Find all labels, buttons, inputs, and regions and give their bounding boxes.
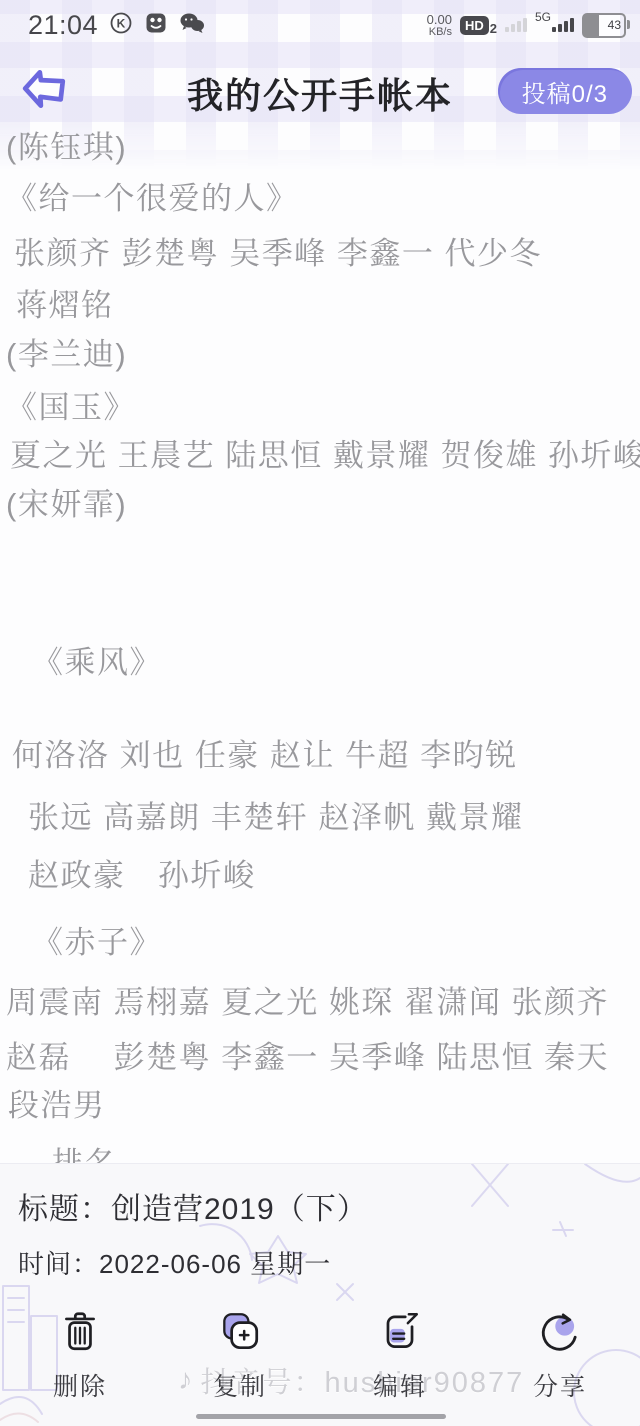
note-content[interactable]: (陈钰琪) 《给一个很爱的人》 张颜齐 彭楚粤 吴季峰 李鑫一 代少冬 蒋熠铭 … [0, 0, 640, 1163]
note-line: 段浩男 [8, 1088, 106, 1124]
action-label: 分享 [533, 1367, 587, 1403]
home-indicator[interactable] [196, 1414, 446, 1419]
note-line: (宋妍霏) [6, 487, 127, 523]
note-line: (陈钰琪) [6, 130, 127, 166]
delete-button[interactable]: 删除 [0, 1309, 160, 1403]
note-line: 赵磊 彭楚粤 李鑫一 吴季峰 陆思恒 秦天 [6, 1040, 609, 1076]
note-line: 夏之光 王晨艺 陆思恒 戴景耀 贺俊雄 孙圻峻 [10, 438, 640, 474]
note-line: 张颜齐 彭楚粤 吴季峰 李鑫一 代少冬 [14, 236, 542, 272]
trash-icon [57, 1309, 103, 1360]
note-line: 《国玉》 [6, 390, 136, 426]
note-line: 《赤子》 [32, 925, 162, 961]
copy-icon [217, 1309, 263, 1360]
edit-button[interactable]: 编辑 [320, 1309, 480, 1403]
edit-icon [377, 1309, 423, 1360]
note-line: (李兰迪) [6, 337, 127, 373]
note-line: 《乘风》 [32, 645, 162, 681]
entry-time-line: 时间：2022-06-06 星期一 [18, 1244, 331, 1281]
share-icon [537, 1309, 583, 1360]
action-label: 编辑 [373, 1367, 427, 1403]
action-bar: 删除 复制 [0, 1309, 640, 1403]
note-line: 张远 高嘉朗 丰楚轩 赵泽帆 戴景耀 [28, 800, 523, 836]
action-label: 复制 [213, 1367, 267, 1403]
phone-screen: 21:04 K [0, 0, 640, 1426]
note-line: 何洛洛 刘也 任豪 赵让 牛超 李昀锐 [12, 738, 518, 774]
action-label: 删除 [53, 1367, 107, 1403]
bottom-sheet: 标题：创造营2019（下） 时间：2022-06-06 星期一 删除 [0, 1163, 640, 1426]
note-line-clipped: 排名 [52, 1146, 117, 1163]
note-line: 《给一个很爱的人》 [6, 181, 299, 217]
note-line: 赵政豪 孙圻峻 [28, 858, 256, 894]
share-button[interactable]: 分享 [480, 1309, 640, 1403]
note-line: 周震南 焉栩嘉 夏之光 姚琛 翟潇闻 张颜齐 [6, 985, 609, 1021]
note-line: 蒋熠铭 [16, 288, 114, 324]
entry-title-line: 标题：创造营2019（下） [18, 1184, 368, 1228]
copy-button[interactable]: 复制 [160, 1309, 320, 1403]
